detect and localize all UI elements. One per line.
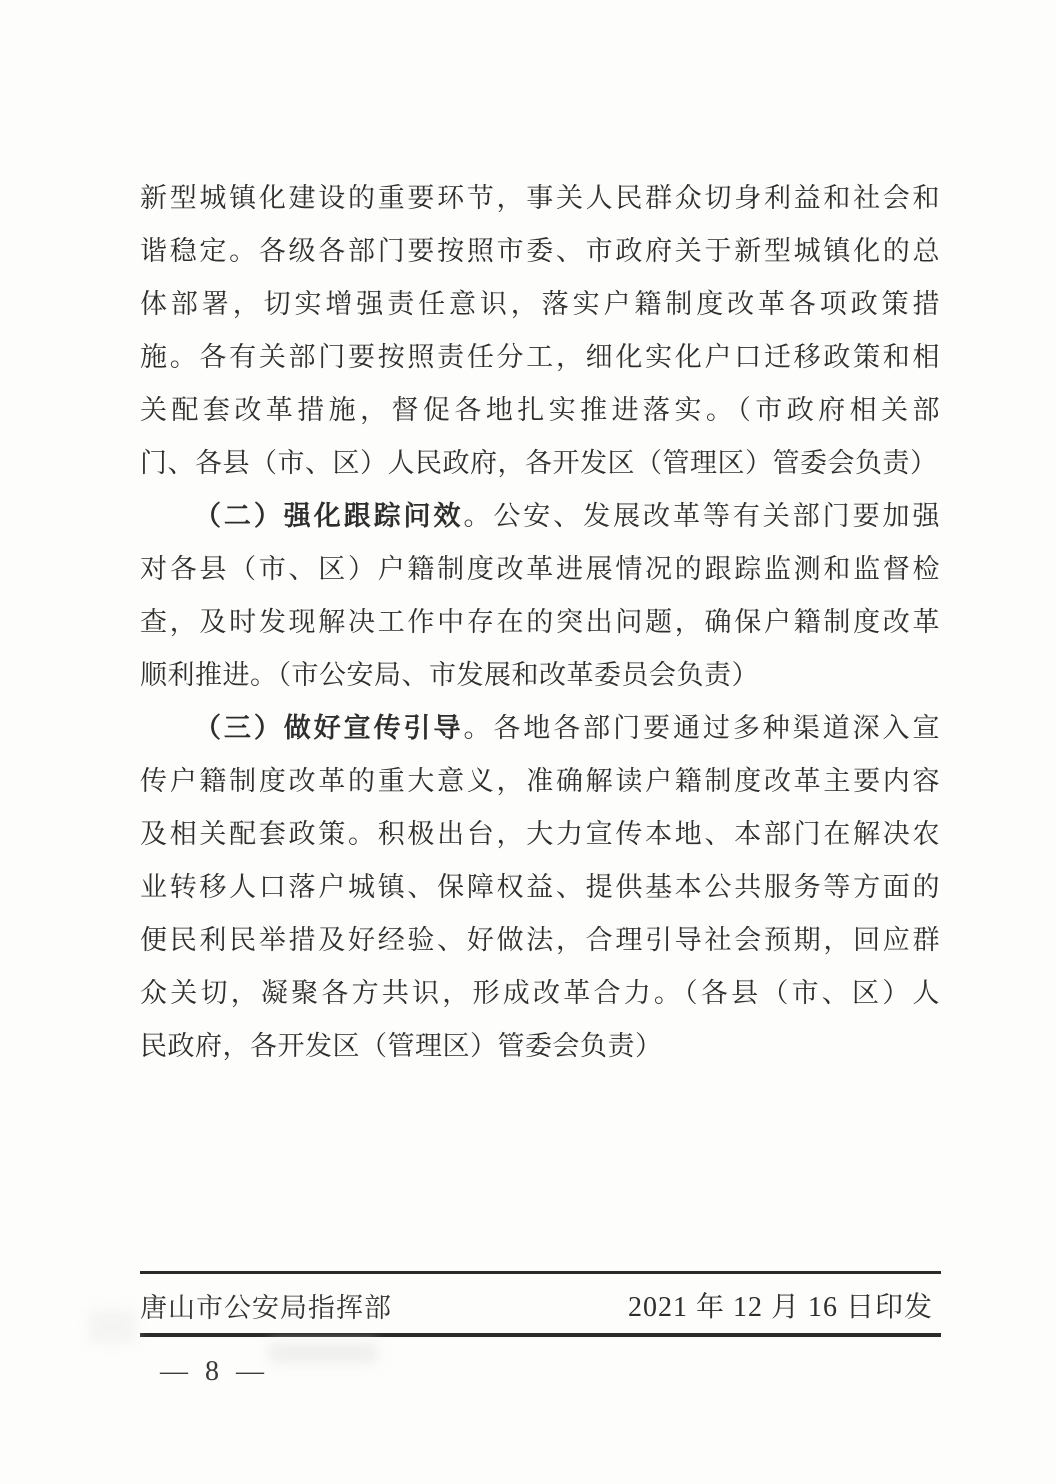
print-date-label: 2021 年 12 月 16 日印发 [628,1285,941,1325]
scan-artifact [88,1310,136,1344]
page-number: — 8 — [160,1352,269,1392]
text-line: 传户籍制度改革的重大意义，准确解读户籍制度改革主要内容 [140,755,940,808]
text-line: 顺利推进。（市公安局、市发展和改革委员会负责） [140,649,940,702]
footer-divider-bottom [140,1333,941,1337]
text-line: 便民利民举措及好经验、好做法，合理引导社会预期，回应群 [140,914,940,967]
scan-artifact [268,1342,378,1364]
text-line: 及相关配套政策。积极出台，大力宣传本地、本部门在解决农 [140,808,940,861]
text-line: 关配套改革措施，督促各地扎实推进落实。（市政府相关部 [140,384,940,437]
text-line: 门、各县（市、区）人民政府，各开发区（管理区）管委会负责） [140,437,940,490]
body-paragraph: （三）做好宣传引导。各地各部门要通过多种渠道深入宣传户籍制度改革的重大意义，准确… [140,702,940,1073]
text-line: 对各县（市、区）户籍制度改革进展情况的跟踪监测和监督检 [140,543,940,596]
text-line: 施。各有关部门要按照责任分工，细化实化户口迁移政策和相 [140,331,940,384]
text-line: （二）强化跟踪问效。公安、发展改革等有关部门要加强 [140,490,940,543]
text-line: 民政府，各开发区（管理区）管委会负责） [140,1020,940,1073]
document-page: 新型城镇化建设的重要环节，事关人民群众切身利益和社会和谐稳定。各级各部门要按照市… [0,0,1056,1484]
footer-divider-top [140,1271,941,1274]
text-line: 查，及时发现解决工作中存在的突出问题，确保户籍制度改革 [140,596,940,649]
text-line: 众关切，凝聚各方共识，形成改革合力。（各县（市、区）人 [140,967,940,1020]
clause-heading: （二）强化跟踪问效 [194,501,463,531]
text-line: 业转移人口落户城镇、保障权益、提供基本公共服务等方面的 [140,861,940,914]
text-line: 谐稳定。各级各部门要按照市委、市政府关于新型城镇化的总 [140,225,940,278]
footer-row: 唐山市公安局指挥部 2021 年 12 月 16 日印发 [140,1283,941,1327]
body-paragraph: 新型城镇化建设的重要环节，事关人民群众切身利益和社会和谐稳定。各级各部门要按照市… [140,172,940,490]
clause-heading: （三）做好宣传引导 [194,713,463,743]
issuing-office-label: 唐山市公安局指挥部 [140,1286,392,1325]
text-line: （三）做好宣传引导。各地各部门要通过多种渠道深入宣 [140,702,940,755]
text-line: 体部署，切实增强责任意识，落实户籍制度改革各项政策措 [140,278,940,331]
text-line: 新型城镇化建设的重要环节，事关人民群众切身利益和社会和 [140,172,940,225]
body-paragraph: （二）强化跟踪问效。公安、发展改革等有关部门要加强对各县（市、区）户籍制度改革进… [140,490,940,702]
document-body: 新型城镇化建设的重要环节，事关人民群众切身利益和社会和谐稳定。各级各部门要按照市… [140,172,940,1073]
